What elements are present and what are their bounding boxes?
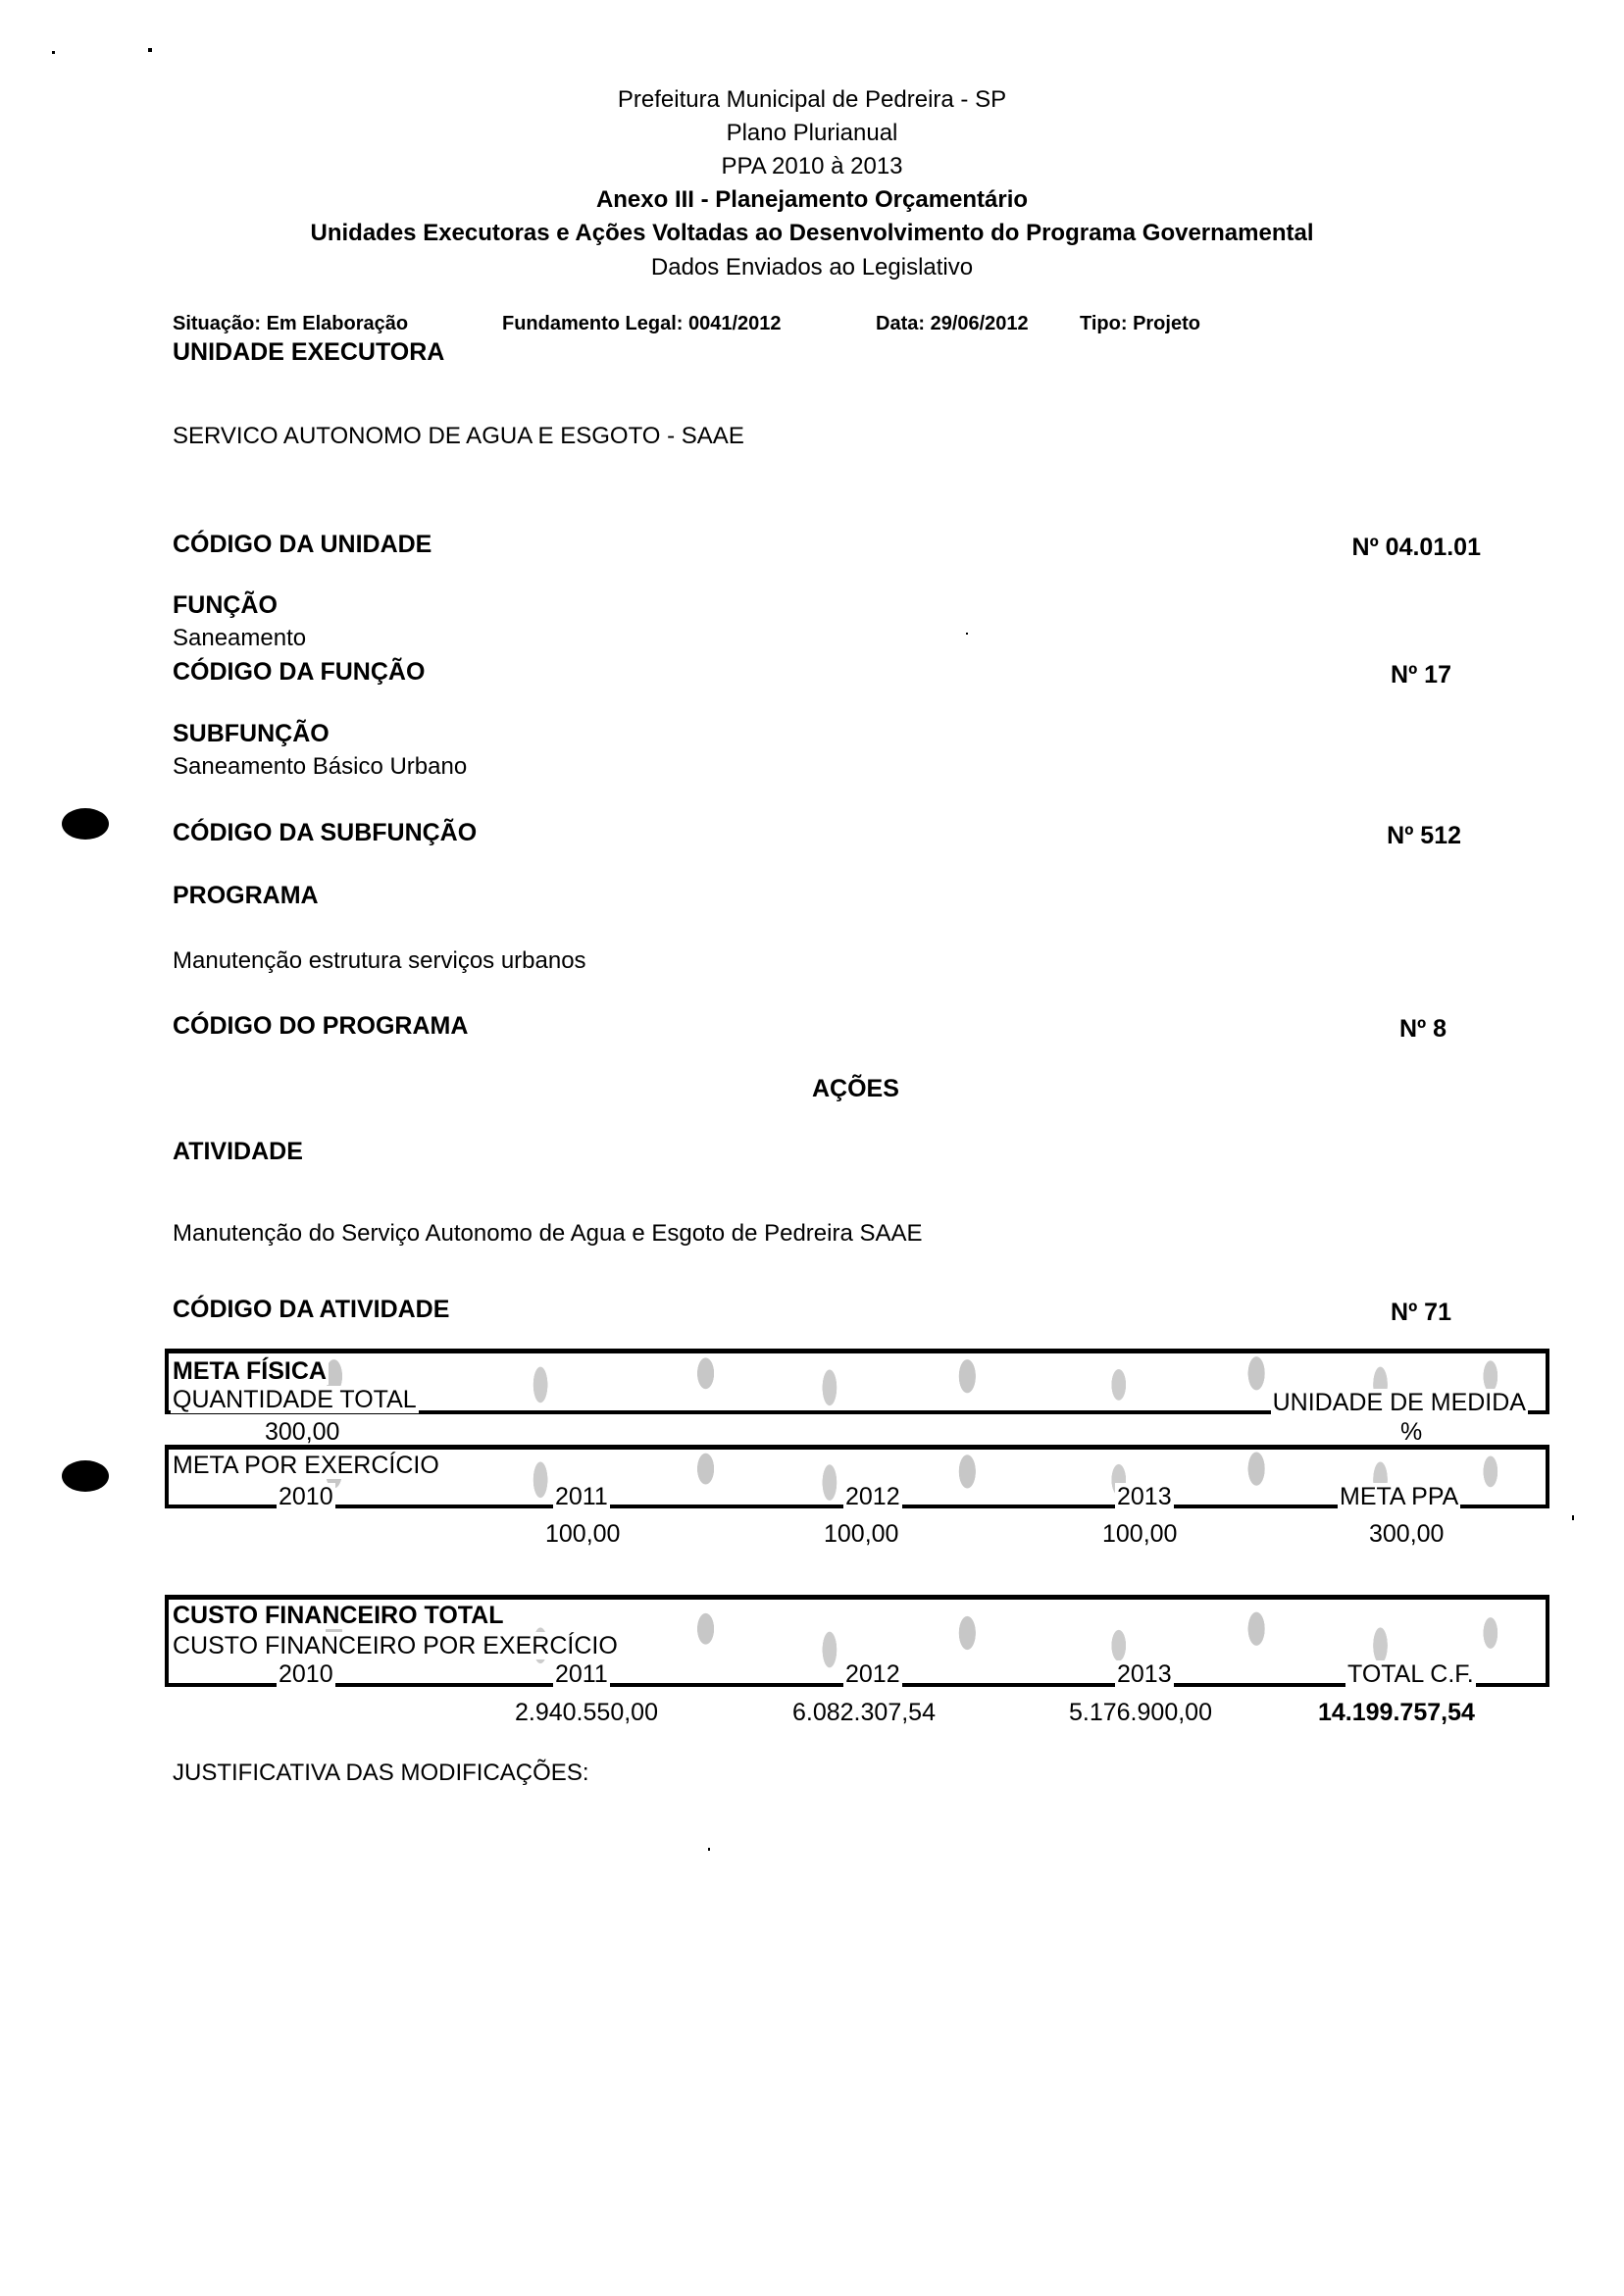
meta-fisica-header: META FÍSICA QUANTIDADE TOTAL UNIDADE DE … bbox=[165, 1349, 1549, 1414]
unidade-executora-label: UNIDADE EXECUTORA bbox=[173, 338, 444, 367]
custo-value-total: 14.199.757,54 bbox=[1318, 1699, 1475, 1727]
codigo-unidade-value: Nº 04.01.01 bbox=[1275, 534, 1481, 562]
meta-value-meta-ppa: 300,00 bbox=[1369, 1520, 1444, 1549]
meta-exercicio-title: META POR EXERCÍCIO bbox=[171, 1452, 441, 1479]
codigo-funcao-value: Nº 17 bbox=[1275, 661, 1451, 689]
scan-speck bbox=[966, 633, 968, 635]
meta-exercicio-header: META POR EXERCÍCIO 2010 2011 2012 2013 M… bbox=[165, 1445, 1549, 1508]
funcao-label: FUNÇÃO bbox=[173, 591, 278, 620]
meta-value-2013: 100,00 bbox=[1102, 1520, 1177, 1549]
header-legislative-note: Dados Enviados ao Legislativo bbox=[0, 253, 1624, 282]
unidade-executora-value: SERVICO AUTONOMO DE AGUA E ESGOTO - SAAE bbox=[173, 423, 744, 450]
custo-total-title: CUSTO FINANCEIRO TOTAL bbox=[171, 1602, 506, 1629]
justificativa-label: JUSTIFICATIVA DAS MODIFICAÇÕES: bbox=[173, 1760, 589, 1787]
scan-speck bbox=[1572, 1515, 1574, 1520]
custo-value-2011: 2.940.550,00 bbox=[515, 1699, 658, 1727]
codigo-subfuncao-value: Nº 512 bbox=[1275, 822, 1461, 850]
hole-punch-mark bbox=[62, 808, 109, 840]
custo-col-total: TOTAL C.F. bbox=[1345, 1660, 1476, 1688]
meta-col-2012: 2012 bbox=[843, 1483, 902, 1510]
document-date: Data: 29/06/2012 bbox=[876, 313, 1029, 335]
custo-value-2013: 5.176.900,00 bbox=[1069, 1699, 1212, 1727]
programa-value: Manutenção estrutura serviços urbanos bbox=[173, 947, 586, 975]
meta-value-2011: 100,00 bbox=[545, 1520, 620, 1549]
status-situacao: Situação: Em Elaboração bbox=[173, 313, 408, 335]
legal-basis: Fundamento Legal: 0041/2012 bbox=[502, 313, 782, 335]
custo-col-2010: 2010 bbox=[277, 1660, 335, 1688]
scan-speck bbox=[148, 48, 152, 52]
quantidade-total-label: QUANTIDADE TOTAL bbox=[171, 1386, 419, 1413]
custo-col-2012: 2012 bbox=[843, 1660, 902, 1688]
header-ppa-period: PPA 2010 à 2013 bbox=[0, 152, 1624, 181]
quantidade-total-value: 300,00 bbox=[265, 1418, 339, 1447]
meta-col-2011: 2011 bbox=[553, 1483, 610, 1510]
meta-value-2012: 100,00 bbox=[824, 1520, 898, 1549]
codigo-subfuncao-label: CÓDIGO DA SUBFUNÇÃO bbox=[173, 819, 477, 847]
custo-value-2012: 6.082.307,54 bbox=[792, 1699, 936, 1727]
funcao-value: Saneamento bbox=[173, 625, 306, 652]
header-plan: Plano Plurianual bbox=[0, 119, 1624, 148]
subfuncao-label: SUBFUNÇÃO bbox=[173, 720, 330, 748]
codigo-atividade-value: Nº 71 bbox=[1275, 1299, 1451, 1327]
subfuncao-value: Saneamento Básico Urbano bbox=[173, 753, 467, 781]
header-subtitle: Unidades Executoras e Ações Voltadas ao … bbox=[0, 219, 1624, 248]
hole-punch-mark bbox=[62, 1460, 109, 1492]
atividade-value: Manutenção do Serviço Autonomo de Agua e… bbox=[173, 1220, 923, 1248]
custo-col-2011: 2011 bbox=[553, 1660, 610, 1688]
meta-col-2013: 2013 bbox=[1115, 1483, 1174, 1510]
unidade-medida-label: UNIDADE DE MEDIDA bbox=[1271, 1389, 1528, 1416]
header-annex-title: Anexo III - Planejamento Orçamentário bbox=[0, 185, 1624, 215]
meta-col-2010: 2010 bbox=[277, 1483, 335, 1510]
document-type: Tipo: Projeto bbox=[1080, 313, 1200, 335]
meta-fisica-title: META FÍSICA bbox=[171, 1357, 329, 1385]
custo-col-2013: 2013 bbox=[1115, 1660, 1174, 1688]
scan-speck bbox=[708, 1848, 710, 1851]
codigo-funcao-label: CÓDIGO DA FUNÇÃO bbox=[173, 658, 425, 687]
codigo-atividade-label: CÓDIGO DA ATIVIDADE bbox=[173, 1296, 449, 1324]
acoes-heading: AÇÕES bbox=[812, 1075, 899, 1103]
custo-financeiro-header: CUSTO FINANCEIRO TOTAL CUSTO FINANCEIRO … bbox=[165, 1595, 1549, 1687]
codigo-programa-value: Nº 8 bbox=[1275, 1015, 1446, 1044]
atividade-label: ATIVIDADE bbox=[173, 1138, 303, 1166]
programa-label: PROGRAMA bbox=[173, 882, 319, 910]
header-municipality: Prefeitura Municipal de Pedreira - SP bbox=[0, 85, 1624, 115]
scan-speck bbox=[52, 51, 55, 54]
codigo-programa-label: CÓDIGO DO PROGRAMA bbox=[173, 1012, 468, 1041]
codigo-unidade-label: CÓDIGO DA UNIDADE bbox=[173, 531, 431, 559]
unidade-medida-value: % bbox=[1400, 1418, 1422, 1447]
custo-exercicio-title: CUSTO FINANCEIRO POR EXERCÍCIO bbox=[171, 1632, 620, 1659]
meta-col-meta-ppa: META PPA bbox=[1338, 1483, 1460, 1510]
